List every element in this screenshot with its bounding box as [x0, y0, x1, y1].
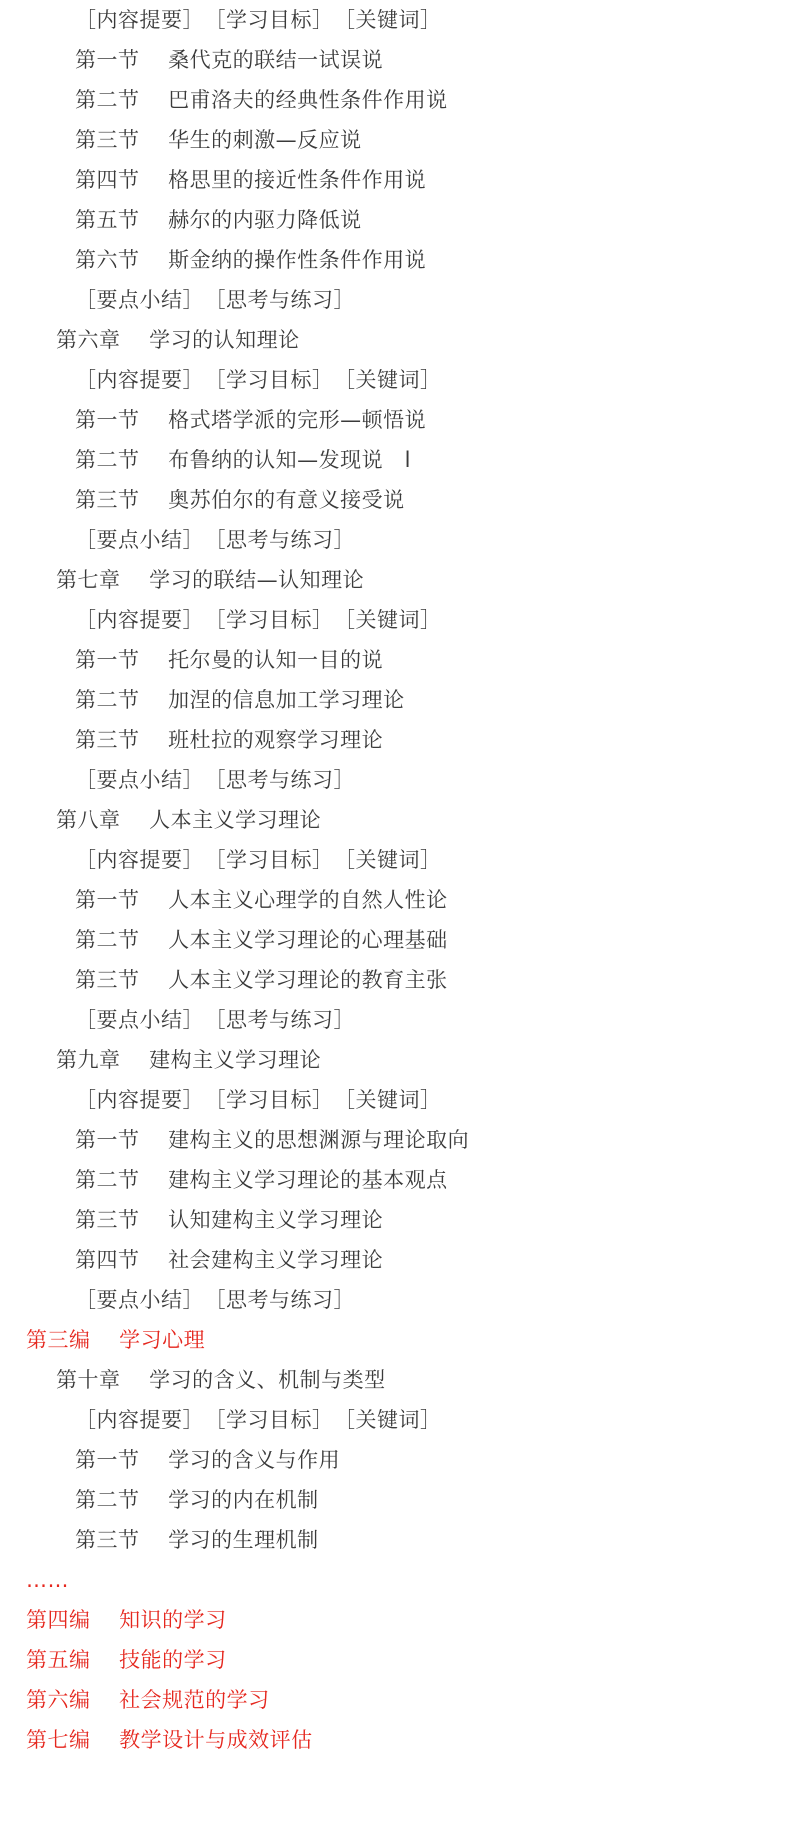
toc-chapter-heading: 第九章 建构主义学习理论 [0, 1040, 790, 1080]
toc-section-entry: 第三节 人本主义学习理论的教育主张 [0, 960, 790, 1000]
toc-meta-entry: ［要点小结］ ［思考与练习］ [0, 760, 790, 800]
toc-meta-entry: ［要点小结］ ［思考与练习］ [0, 520, 790, 560]
toc-part-heading: 第四编 知识的学习 [0, 1600, 790, 1640]
toc-section-entry: 第一节 格式塔学派的完形—顿悟说 [0, 400, 790, 440]
toc-chapter-heading: 第七章 学习的联结—认知理论 [0, 560, 790, 600]
toc-meta-entry: ［内容提要］ ［学习目标］ ［关键词］ [0, 1400, 790, 1440]
toc-section-entry: 第四节 格思里的接近性条件作用说 [0, 160, 790, 200]
toc-chapter-heading: 第八章 人本主义学习理论 [0, 800, 790, 840]
toc-part-heading: 第三编 学习心理 [0, 1320, 790, 1360]
toc-meta-entry: ［内容提要］ ［学习目标］ ［关键词］ [0, 360, 790, 400]
toc-section-entry: 第二节 建构主义学习理论的基本观点 [0, 1160, 790, 1200]
toc-ellipsis: …… [0, 1560, 790, 1600]
toc-meta-entry: ［内容提要］ ［学习目标］ ［关键词］ [0, 1080, 790, 1120]
toc-section-entry: 第六节 斯金纳的操作性条件作用说 [0, 240, 790, 280]
toc-part-heading: 第七编 教学设计与成效评估 [0, 1720, 790, 1760]
toc-section-entry: 第二节 人本主义学习理论的心理基础 [0, 920, 790, 960]
toc-section-entry: 第一节 学习的含义与作用 [0, 1440, 790, 1480]
toc-meta-entry: ［要点小结］ ［思考与练习］ [0, 1000, 790, 1040]
toc-section-entry: 第一节 桑代克的联结一试误说 [0, 40, 790, 80]
toc-meta-entry: ［要点小结］ ［思考与练习］ [0, 1280, 790, 1320]
toc-section-entry: 第一节 建构主义的思想渊源与理论取向 [0, 1120, 790, 1160]
toc-section-entry: 第三节 奥苏伯尔的有意义接受说 [0, 480, 790, 520]
toc-section-entry: 第三节 学习的生理机制 [0, 1520, 790, 1560]
toc-section-entry: 第一节 托尔曼的认知一目的说 [0, 640, 790, 680]
table-of-contents: ［内容提要］ ［学习目标］ ［关键词］ 第一节 桑代克的联结一试误说 第二节 巴… [0, 0, 790, 1821]
toc-meta-entry: ［内容提要］ ［学习目标］ ［关键词］ [0, 0, 790, 40]
toc-section-entry: 第一节 人本主义心理学的自然人性论 [0, 880, 790, 920]
toc-section-entry: 第二节 布鲁纳的认知—发现说 l [0, 440, 790, 480]
toc-section-entry: 第三节 班杜拉的观察学习理论 [0, 720, 790, 760]
toc-part-heading: 第五编 技能的学习 [0, 1640, 790, 1680]
toc-section-entry: 第五节 赫尔的内驱力降低说 [0, 200, 790, 240]
toc-part-heading: 第六编 社会规范的学习 [0, 1680, 790, 1720]
toc-section-entry: 第三节 认知建构主义学习理论 [0, 1200, 790, 1240]
toc-section-entry: 第二节 学习的内在机制 [0, 1480, 790, 1520]
toc-chapter-heading: 第十章 学习的含义、机制与类型 [0, 1360, 790, 1400]
toc-meta-entry: ［内容提要］ ［学习目标］ ［关键词］ [0, 840, 790, 880]
toc-meta-entry: ［内容提要］ ［学习目标］ ［关键词］ [0, 600, 790, 640]
toc-meta-entry: ［要点小结］ ［思考与练习］ [0, 280, 790, 320]
toc-section-entry: 第二节 巴甫洛夫的经典性条件作用说 [0, 80, 790, 120]
toc-section-entry: 第二节 加涅的信息加工学习理论 [0, 680, 790, 720]
toc-chapter-heading: 第六章 学习的认知理论 [0, 320, 790, 360]
toc-section-entry: 第四节 社会建构主义学习理论 [0, 1240, 790, 1280]
toc-section-entry: 第三节 华生的刺激—反应说 [0, 120, 790, 160]
